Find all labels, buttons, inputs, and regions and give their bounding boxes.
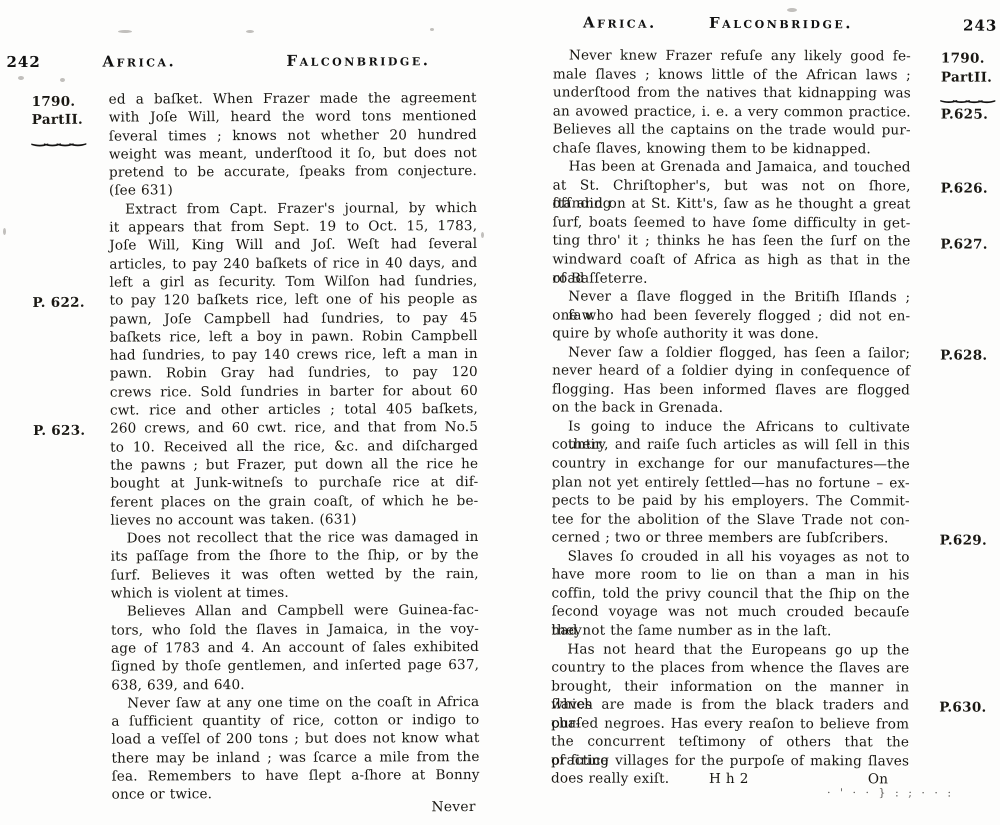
- scan-speck: [18, 76, 24, 80]
- text-line: pects to be paid by his employers. The C…: [552, 492, 910, 511]
- print-smudge: · ' · · } : ; · · :: [827, 786, 954, 799]
- brace-flourish: ‿‿‿‿: [941, 88, 992, 98]
- scan-speck: [481, 232, 484, 238]
- scan-speck: [3, 228, 6, 235]
- running-head: 242 Africa. Falconbridge.: [0, 51, 499, 75]
- text-line: Never ſaw a ſoldier flogged, has ſeen a …: [552, 343, 910, 362]
- text-line: bought at Junk-witneſs to purchaſe rice …: [110, 473, 478, 493]
- text-line: Never knew Frazer refuſe any likely good…: [553, 46, 911, 65]
- text-line: it appears that from Sept. 19 to Oct. 15…: [109, 217, 477, 237]
- text-line: coffin, told the privy council that the …: [552, 584, 910, 603]
- scan-speck: [246, 30, 254, 33]
- margin-page-ref: P.630.: [939, 700, 986, 716]
- text-line: Does not recollect that the rice was dam…: [111, 528, 479, 548]
- text-line: had ſundries, to pay 140 crews rice, lef…: [110, 345, 478, 365]
- text-line: underſtood from the natives that kidnapp…: [553, 84, 911, 103]
- text-line: Never ſaw at any one time on the coaſt i…: [111, 693, 479, 713]
- margin-page-ref: P.628.: [940, 347, 987, 363]
- text-line: ed a baſket. When Frazer made the agreem…: [109, 89, 477, 109]
- text-line: had not the ſame number as in the laſt.: [551, 621, 909, 640]
- text-line: Joſe Will, King Will and Joſ. Weſt had ſ…: [109, 235, 477, 255]
- text-line: Extract from Capt. Frazer's journal, by …: [109, 199, 477, 219]
- text-line: which is violent at times.: [111, 583, 479, 603]
- right-page: Africa. Falconbridge. 243 1790.PartII.‿‿…: [499, 0, 1000, 825]
- catchword: Never: [431, 799, 475, 815]
- text-line: age of 1783 and 4. An account of ſales e…: [111, 638, 479, 658]
- running-head-place: Africa.: [583, 14, 657, 32]
- text-line: 638, 639, and 640.: [111, 675, 479, 695]
- text-line: on the back in Grenada.: [552, 399, 910, 418]
- text-line: ſlaves are made is from the black trader…: [551, 696, 909, 715]
- book-scan: 242 Africa. Falconbridge. 1790.PartII.‿‿…: [0, 0, 1000, 825]
- text-line: country in exchange for our manufactures…: [552, 455, 910, 474]
- margin-page-ref: P.629.: [940, 533, 987, 549]
- text-line: Never a ſlave flogged in the Britiſh Iſl…: [552, 288, 910, 307]
- text-line: ſeveral times ; knows not whether 20 hun…: [109, 126, 477, 146]
- text-line: (ſee 631): [109, 180, 477, 200]
- text-line: pawn. Robin Gray had ſundries, to pay 12…: [110, 363, 478, 383]
- text-line: an avowed practice, i. e. a very common …: [553, 102, 911, 121]
- text-line: Has not heard that the Europeans go up t…: [551, 640, 909, 659]
- margin-page-ref: P.627.: [940, 236, 987, 252]
- text-line: brought, their information on the manner…: [551, 677, 909, 696]
- text-line: ſea. Remembers to have ſlept a-ſhore at …: [112, 766, 480, 786]
- text-line: left a girl as ſecurity. Tom Wilſon had …: [109, 272, 477, 292]
- text-line: of Baſſeterre.: [552, 269, 910, 288]
- text-line: the concurrent teſtimony of others that …: [551, 733, 909, 752]
- text-line: baſkets rice, left a boy in pawn. Robin …: [110, 327, 478, 347]
- text-line: pretend to be accurate, ſpeaks from conj…: [109, 162, 477, 182]
- text-line: Slaves ſo crouded in all his voyages as …: [552, 547, 910, 566]
- text-line: windward coaſt of Africa as high as that…: [552, 250, 910, 269]
- text-line: to 10. Received all the rice, &c. and di…: [110, 437, 478, 457]
- page-number: 243: [963, 17, 997, 35]
- text-line: ſecond voyage was not much crouded becau…: [551, 603, 909, 622]
- text-line: flogging. Has been informed ſlaves are f…: [552, 380, 910, 399]
- scan-speck: [787, 8, 797, 12]
- margin-year: 1790.: [941, 50, 985, 66]
- text-line: ſurf. Believes it was often wetted by th…: [111, 565, 479, 585]
- text-line: a ſufficient quantity of rice, cotton or…: [111, 711, 479, 731]
- text-line: articles, to pay 240 baſkets of rice in …: [109, 254, 477, 274]
- running-head-witness: Falconbridge.: [709, 14, 853, 32]
- text-line: 260 crews, and 60 cwt. rice, and that fr…: [110, 418, 478, 438]
- running-head-witness: Falconbridge.: [286, 51, 430, 70]
- text-line: tee for the abolition of the Slave Trade…: [552, 510, 910, 529]
- text-line: cerned ; two or three members are ſubſcr…: [552, 529, 910, 548]
- text-line: Is going to induce the Africans to culti…: [552, 417, 910, 436]
- scan-speck: [60, 78, 65, 82]
- running-head-place: Africa.: [102, 52, 176, 70]
- text-line: to pay 120 baſkets rice, left one of his…: [109, 290, 477, 310]
- text-line: ſigned by thoſe gentlemen, and inſerted …: [111, 656, 479, 676]
- text-line: tors, who ſold the ſlaves in Jamaica, in…: [111, 620, 479, 640]
- text-line: ferent places on the grain coaſt, of whi…: [110, 492, 478, 512]
- scan-speck: [430, 28, 434, 31]
- text-line: Believes Allan and Campbell were Guinea-…: [111, 601, 479, 621]
- margin-page-ref: P.626.: [941, 180, 988, 196]
- text-line: male ſlaves ; knows little of the Africa…: [553, 65, 911, 84]
- text-line: with Joſe Will, heard the word tons ment…: [109, 107, 477, 127]
- text-line: have more room to lie on than a man in h…: [552, 566, 910, 585]
- text-line: ting thro' it ; thinks he has ſeen the ſ…: [552, 232, 910, 251]
- text-line: the pawns ; but Frazer, put down all the…: [110, 455, 478, 475]
- left-page: 242 Africa. Falconbridge. 1790.PartII.‿‿…: [0, 0, 502, 825]
- text-line: lieves no account was taken. (631): [110, 510, 478, 530]
- text-line: at St. Chriſtopher's, but was not on ſho…: [553, 176, 911, 195]
- text-line: there may be inland ; was ſcarce a mile …: [111, 748, 479, 768]
- text-line: weight was meant, underſtood it ſo, but …: [109, 144, 477, 164]
- body-text-column: Never knew Frazer refuſe any likely good…: [551, 46, 911, 789]
- margin-year: 1790.: [32, 94, 76, 110]
- margin-page-ref: P.625.: [941, 106, 988, 122]
- margin-page-ref: P. 622.: [32, 295, 84, 311]
- text-line: quire by whoſe authority it was done.: [552, 325, 910, 344]
- text-line: pawn, Joſe Campbell had ſundries, to pay…: [110, 309, 478, 329]
- text-line: its paſſage from the ſhore to the ſhip, …: [111, 546, 479, 566]
- text-line: country to the places from whence the ſl…: [551, 659, 909, 678]
- text-line: ſurf, boats ſeemed to have ſome difficul…: [552, 213, 910, 232]
- text-line: Has been at Grenada and Jamaica, and tou…: [553, 158, 911, 177]
- body-text-column: ed a baſket. When Frazer made the agreem…: [109, 89, 480, 804]
- brace-flourish: ‿‿‿‿: [32, 130, 83, 140]
- text-line: cwt. rice and other articles ; total 405…: [110, 400, 478, 420]
- text-line: once or twice.: [112, 784, 480, 804]
- text-line: never heard of a ſoldier dying in conſeq…: [552, 362, 910, 381]
- text-line: Believes all the captains on the trade w…: [553, 121, 911, 140]
- text-line: plan not yet entirely ſettled—has no for…: [552, 473, 910, 492]
- text-line: crews rice. Sold ſundries in barter for …: [110, 382, 478, 402]
- text-line: of firing villages for the purpoſe of ma…: [551, 751, 909, 770]
- scan-speck: [118, 30, 132, 33]
- text-line: chaſe ſlaves, knowing them to be kidnapp…: [553, 139, 911, 158]
- margin-page-ref: P. 623.: [33, 423, 85, 439]
- text-line: chaſed negroes. Has every reaſon to beli…: [551, 714, 909, 733]
- text-line: country, and raiſe ſuch articles as will…: [552, 436, 910, 455]
- running-head: Africa. Falconbridge. 243: [501, 13, 1000, 36]
- text-line: load a veſſel of 200 tons ; but does not…: [111, 729, 479, 749]
- text-line: off and on at St. Kitt's, ſaw as he thou…: [553, 195, 911, 214]
- text-line: one who had been ſeverely flogged ; did …: [552, 306, 910, 325]
- page-number: 242: [6, 53, 40, 71]
